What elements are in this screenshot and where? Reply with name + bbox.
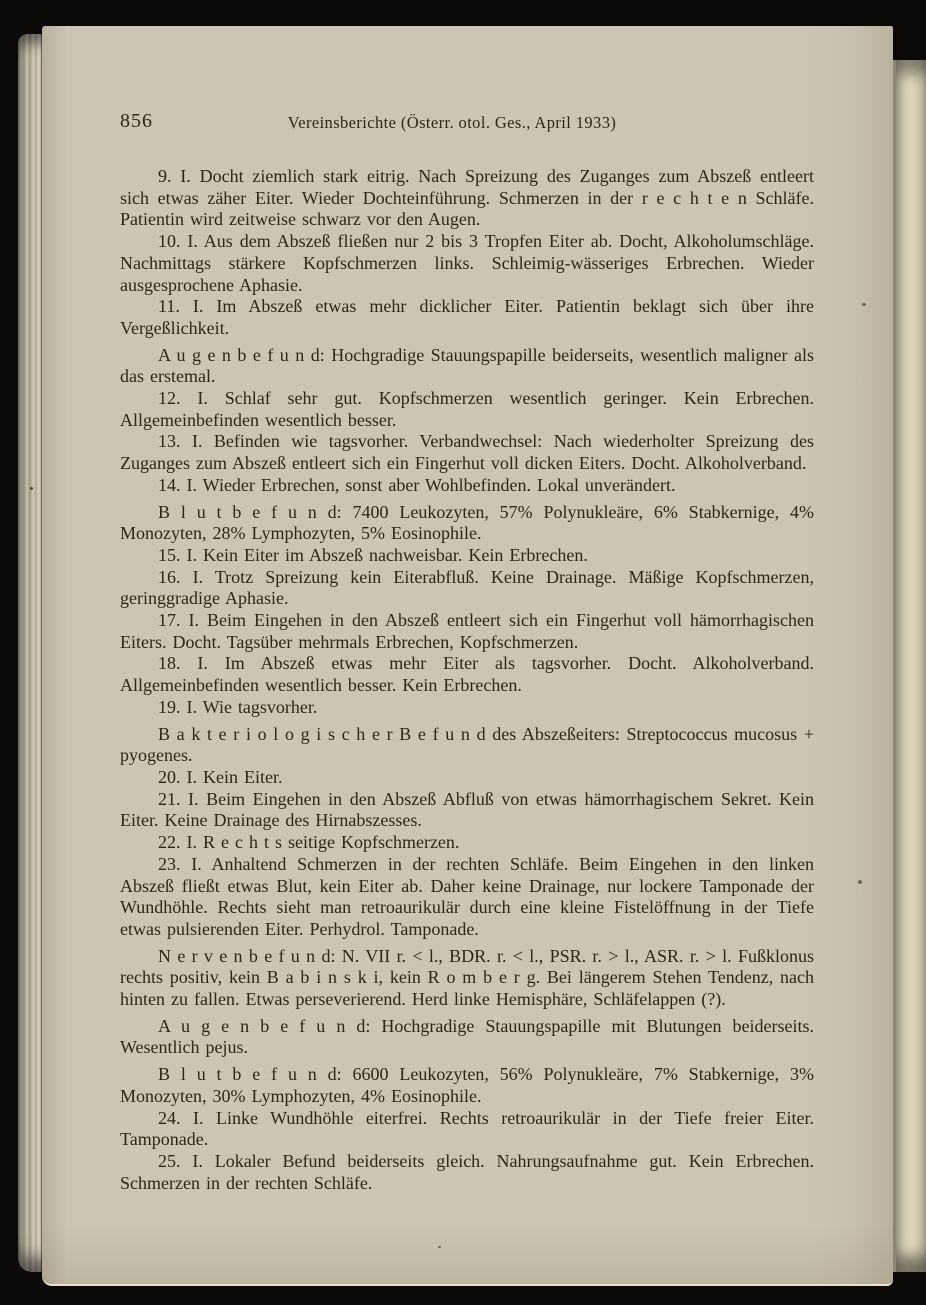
paper-speck <box>30 487 33 490</box>
paragraph: 19. I. Wie tagsvorher. <box>120 697 814 719</box>
body-text: 9. I. Docht ziemlich stark eitrig. Nach … <box>120 166 814 1194</box>
paper-speck <box>862 303 866 306</box>
page-content: 856 Vereinsberichte (Österr. otol. Ges.,… <box>120 110 814 1194</box>
next-page-curl-edge <box>893 60 926 1272</box>
paragraph: 11. I. Im Abszeß etwas mehr dicklicher E… <box>120 296 814 339</box>
paragraph: 16. I. Trotz Spreizung kein Eiterabfluß.… <box>120 567 814 610</box>
paragraph: 18. I. Im Abszeß etwas mehr Eiter als ta… <box>120 653 814 696</box>
paragraph: 24. I. Linke Wundhöhle eiterfrei. Rechts… <box>120 1108 814 1151</box>
paragraph-blutbefund: B l u t b e f u n d: 6600 Leukozyten, 56… <box>120 1064 814 1107</box>
paper-speck <box>438 1246 441 1248</box>
paragraph: 15. I. Kein Eiter im Abszeß nachweisbar.… <box>120 545 814 567</box>
paragraph: 10. I. Aus dem Abszeß fließen nur 2 bis … <box>120 231 814 296</box>
paragraph: 12. I. Schlaf sehr gut. Kopfschmerzen we… <box>120 388 814 431</box>
paragraph: 23. I. Anhaltend Schmerzen in der rechte… <box>120 854 814 941</box>
book-page: 856 Vereinsberichte (Österr. otol. Ges.,… <box>42 26 893 1286</box>
paragraph-blutbefund: B l u t b e f u n d: 7400 Leukozyten, 57… <box>120 502 814 545</box>
paragraph-augenbefund: A u g e n b e f u n d: Hochgradige Stauu… <box>120 345 814 388</box>
paragraph: 14. I. Wieder Erbrechen, sonst aber Wohl… <box>120 475 814 497</box>
paragraph-bakteriologischer-befund: B a k t e r i o l o g i s c h e r B e f … <box>120 724 814 767</box>
paragraph: 25. I. Lokaler Befund beiderseits gleich… <box>120 1151 814 1194</box>
paragraph: 20. I. Kein Eiter. <box>120 767 814 789</box>
running-title: Vereinsberichte (Österr. otol. Ges., Apr… <box>120 113 784 133</box>
paragraph: 9. I. Docht ziemlich stark eitrig. Nach … <box>120 166 814 231</box>
paragraph: 17. I. Beim Eingehen in den Abszeß entle… <box>120 610 814 653</box>
running-header: 856 Vereinsberichte (Österr. otol. Ges.,… <box>120 110 814 136</box>
paragraph: 22. I. R e c h t s seitige Kopfschmerzen… <box>120 832 814 854</box>
paragraph: 13. I. Befinden wie tagsvorher. Verbandw… <box>120 431 814 474</box>
paper-speck <box>858 880 862 884</box>
scanned-book-photo: 856 Vereinsberichte (Österr. otol. Ges.,… <box>0 0 926 1305</box>
paragraph-augenbefund: A u g e n b e f u n d: Hochgradige Stauu… <box>120 1016 814 1059</box>
paragraph: 21. I. Beim Eingehen in den Abszeß Abflu… <box>120 789 814 832</box>
paragraph-nervenbefund: N e r v e n b e f u n d: N. VII r. < l.,… <box>120 946 814 1011</box>
